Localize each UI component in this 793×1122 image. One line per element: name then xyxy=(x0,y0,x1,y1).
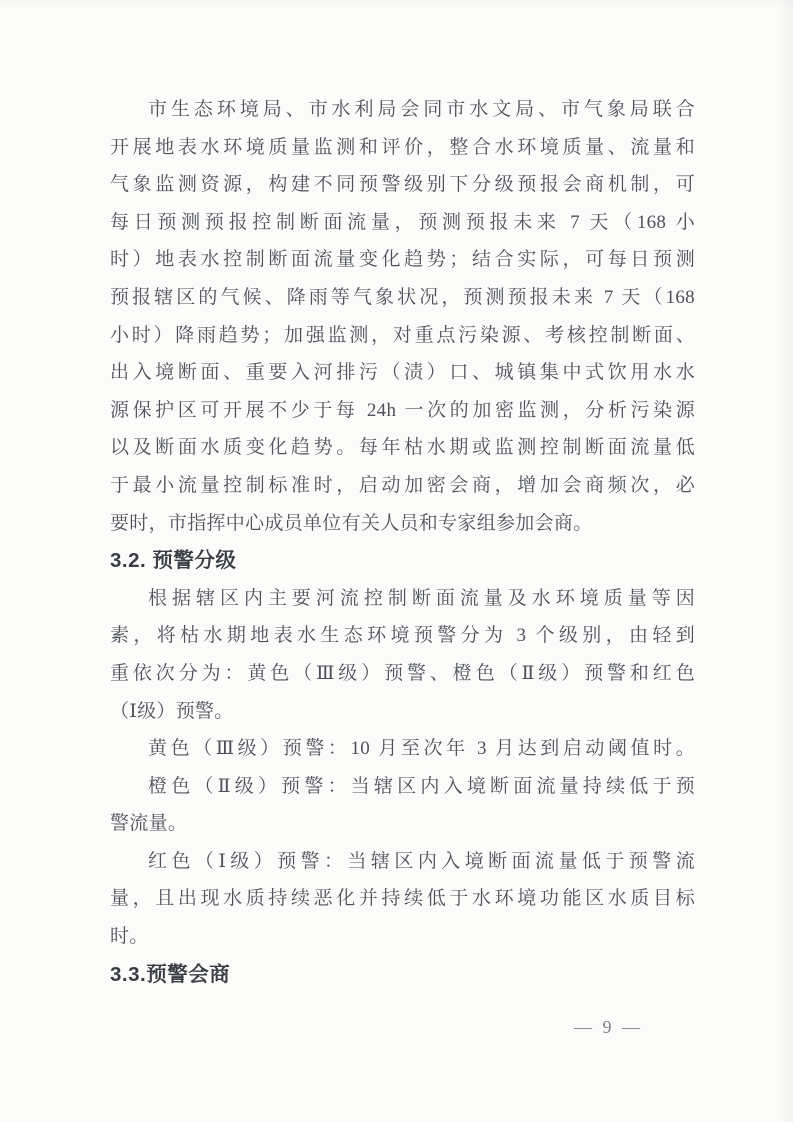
text-line: 以及断面水质变化趋势。每年枯水期或监测控制断面流量低 xyxy=(110,429,695,467)
document-page: 市生态环境局、市水利局会同市水文局、市气象局联合开展地表水环境质量监测和评价，整… xyxy=(0,0,793,1122)
text-line: 于最小流量控制标准时，启动加密会商，增加会商频次，必 xyxy=(110,467,695,505)
paragraph: 根据辖区内主要河流控制断面流量及水环境质量等因素，将枯水期地表水生态环境预警分为… xyxy=(110,580,695,730)
text-line: 素，将枯水期地表水生态环境预警分为 3 个级别，由轻到 xyxy=(110,617,695,655)
text-line: 出入境断面、重要入河排污（渍）口、城镇集中式饮用水水 xyxy=(110,354,695,392)
paragraph: 市生态环境局、市水利局会同市水文局、市气象局联合开展地表水环境质量监测和评价，整… xyxy=(110,91,695,542)
text-line: 气象监测资源，构建不同预警级别下分级预报会商机制，可 xyxy=(110,166,695,204)
text-line: 小时）降雨趋势；加强监测，对重点污染源、考核控制断面、 xyxy=(110,317,695,355)
paragraph: 红色（Ⅰ级）预警：当辖区内入境断面流量低于预警流量，且出现水质持续恶化并持续低于… xyxy=(110,843,695,956)
text-line: 量，且出现水质持续恶化并持续低于水环境功能区水质目标 xyxy=(110,880,695,918)
text-line: （Ⅰ级）预警。 xyxy=(110,693,695,731)
text-line: 开展地表水环境质量监测和评价，整合水环境质量、流量和 xyxy=(110,129,695,167)
text-line: 橙色（Ⅱ级）预警：当辖区内入境断面流量持续低于预 xyxy=(110,768,695,806)
section-heading: 3.3.预警会商 xyxy=(110,956,695,994)
text-line: 源保护区可开展不少于每 24h 一次的加密监测，分析污染源 xyxy=(110,392,695,430)
text-line: 要时，市指挥中心成员单位有关人员和专家组参加会商。 xyxy=(110,505,695,543)
paragraph: 橙色（Ⅱ级）预警：当辖区内入境断面流量持续低于预警流量。 xyxy=(110,768,695,843)
document-body: 市生态环境局、市水利局会同市水文局、市气象局联合开展地表水环境质量监测和评价，整… xyxy=(110,91,695,993)
text-line: 预报辖区的气候、降雨等气象状况，预测预报未来 7 天（168 xyxy=(110,279,695,317)
text-line: 每日预测预报控制断面流量，预测预报未来 7 天（168 小 xyxy=(110,204,695,242)
section-heading: 3.2. 预警分级 xyxy=(110,542,695,580)
text-line: 时。 xyxy=(110,918,695,956)
text-line: 红色（Ⅰ级）预警：当辖区内入境断面流量低于预警流 xyxy=(110,843,695,881)
page-number: — 9 — xyxy=(574,1017,643,1038)
text-line: 市生态环境局、市水利局会同市水文局、市气象局联合 xyxy=(110,91,695,129)
paragraph: 黄色（Ⅲ级）预警：10 月至次年 3 月达到启动阈值时。 xyxy=(110,730,695,768)
text-line: 重依次分为：黄色（Ⅲ级）预警、橙色（Ⅱ级）预警和红色 xyxy=(110,655,695,693)
text-line: 警流量。 xyxy=(110,805,695,843)
text-line: 黄色（Ⅲ级）预警：10 月至次年 3 月达到启动阈值时。 xyxy=(110,730,695,768)
text-line: 时）地表水控制断面流量变化趋势；结合实际，可每日预测 xyxy=(110,241,695,279)
text-line: 根据辖区内主要河流控制断面流量及水环境质量等因 xyxy=(110,580,695,618)
